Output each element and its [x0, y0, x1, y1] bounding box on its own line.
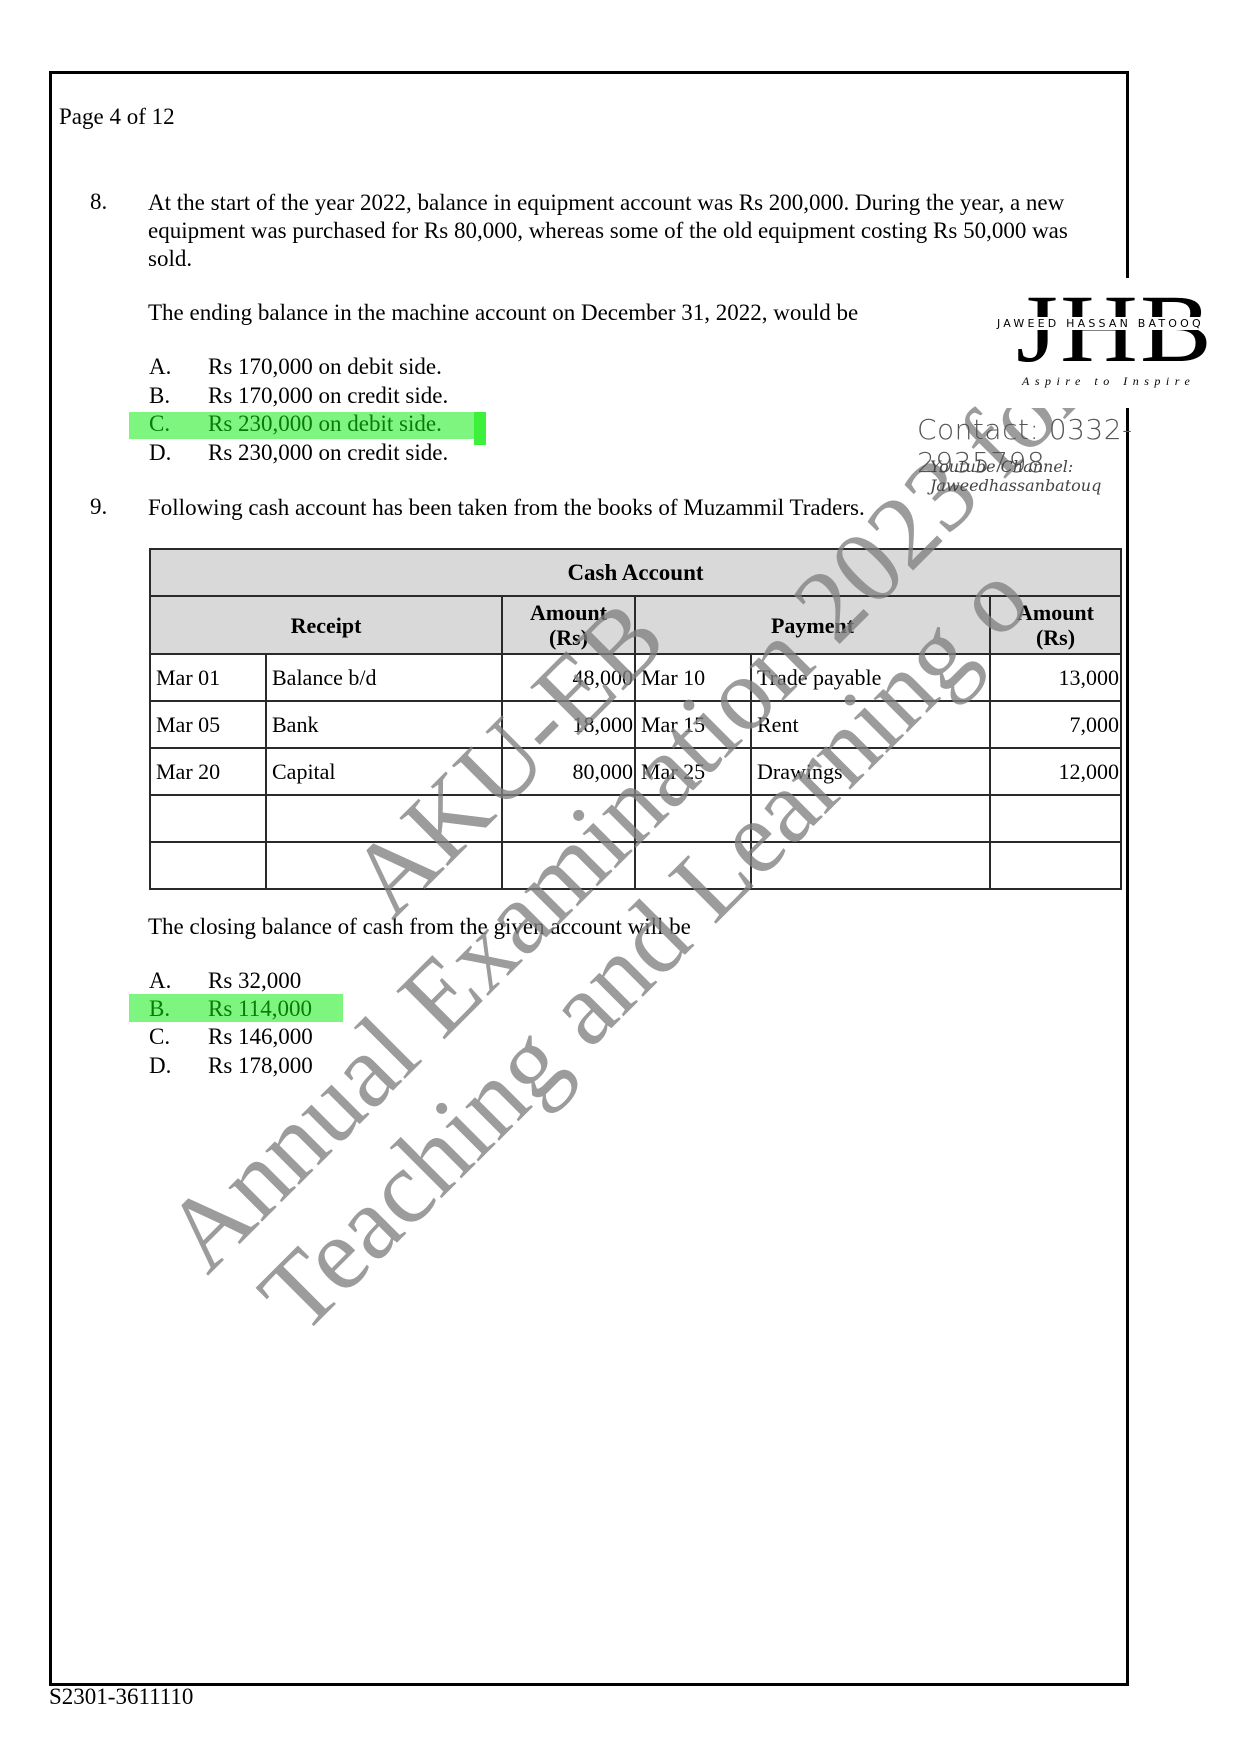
payment-amount: 12,000 [990, 748, 1121, 795]
payment-description: Rent [751, 701, 990, 748]
receipt-amount: 80,000 [502, 748, 635, 795]
question-stem: The closing balance of cash from the giv… [148, 913, 1108, 941]
option-a[interactable]: A.Rs 170,000 on debit side. [149, 353, 442, 381]
table-row: Mar 20 Capital 80,000 Mar 25 Drawings 12… [150, 748, 1121, 795]
payment-date: Mar 15 [635, 701, 751, 748]
option-text: Rs 170,000 on credit side. [208, 383, 448, 408]
receipt-date: Mar 20 [150, 748, 266, 795]
option-letter: A. [149, 967, 208, 995]
receipt-description: Balance b/d [266, 654, 502, 701]
question-stem: The ending balance in the machine accoun… [148, 299, 1108, 327]
payment-amount [990, 795, 1121, 842]
option-text: Rs 178,000 [208, 1053, 313, 1078]
question-text: At the start of the year 2022, balance i… [148, 189, 1108, 273]
receipt-description [266, 795, 502, 842]
option-d[interactable]: D.Rs 178,000 [149, 1052, 313, 1080]
table-row [150, 842, 1121, 889]
option-text: Rs 146,000 [208, 1024, 313, 1049]
option-c[interactable]: C.Rs 230,000 on debit side. [149, 410, 442, 438]
receipt-amount [502, 795, 635, 842]
header-payment-amount: Amount(Rs) [990, 596, 1121, 654]
receipt-description: Bank [266, 701, 502, 748]
payment-amount [990, 842, 1121, 889]
page-number: Page 4 of 12 [59, 104, 175, 130]
option-letter: C. [149, 1023, 208, 1051]
receipt-amount [502, 842, 635, 889]
option-letter: D. [149, 1052, 208, 1080]
payment-description: Drawings [751, 748, 990, 795]
table-row: Mar 05 Bank 18,000 Mar 15 Rent 7,000 [150, 701, 1121, 748]
header-receipt: Receipt [150, 596, 502, 654]
table-row [150, 795, 1121, 842]
option-text: Rs 114,000 [208, 996, 312, 1021]
youtube-channel: Youtube Channel: Jaweedhassanbatouq [930, 457, 1241, 495]
cash-account-table: Cash Account Receipt Amount(Rs) Payment … [149, 548, 1122, 890]
receipt-date [150, 795, 266, 842]
option-text: Rs 230,000 on credit side. [208, 440, 448, 465]
option-letter: B. [149, 382, 208, 410]
payment-description: Trade payable [751, 654, 990, 701]
receipt-amount: 18,000 [502, 701, 635, 748]
option-text: Rs 32,000 [208, 968, 301, 993]
payment-description [751, 795, 990, 842]
question-number: 9. [90, 494, 107, 520]
logo-tagline: Aspire to Inspire [1022, 374, 1195, 389]
receipt-date [150, 842, 266, 889]
option-letter: D. [149, 439, 208, 467]
header-receipt-amount: Amount(Rs) [502, 596, 635, 654]
receipt-date: Mar 01 [150, 654, 266, 701]
option-letter: B. [149, 995, 208, 1023]
logo-name: JAWEED HASSAN BATOOQ [994, 317, 1207, 330]
option-text: Rs 170,000 on debit side. [208, 354, 442, 379]
option-c[interactable]: C.Rs 146,000 [149, 1023, 313, 1051]
payment-date: Mar 25 [635, 748, 751, 795]
receipt-description [266, 842, 502, 889]
payment-date: Mar 10 [635, 654, 751, 701]
table-title: Cash Account [150, 549, 1121, 596]
table-row: Mar 01 Balance b/d 48,000 Mar 10 Trade p… [150, 654, 1121, 701]
payment-date [635, 795, 751, 842]
receipt-date: Mar 05 [150, 701, 266, 748]
payment-amount: 13,000 [990, 654, 1121, 701]
option-b[interactable]: B.Rs 170,000 on credit side. [149, 382, 448, 410]
receipt-amount: 48,000 [502, 654, 635, 701]
option-a[interactable]: A.Rs 32,000 [149, 967, 301, 995]
question-number: 8. [90, 189, 107, 215]
option-b[interactable]: B.Rs 114,000 [149, 995, 312, 1023]
question-text: Following cash account has been taken fr… [148, 494, 1108, 522]
option-text: Rs 230,000 on debit side. [208, 411, 442, 436]
payment-description [751, 842, 990, 889]
option-letter: C. [149, 410, 208, 438]
payment-amount: 7,000 [990, 701, 1121, 748]
header-payment: Payment [635, 596, 990, 654]
payment-date [635, 842, 751, 889]
option-d[interactable]: D.Rs 230,000 on credit side. [149, 439, 448, 467]
paper-code: S2301-3611110 [49, 1684, 193, 1710]
answer-highlight-edge [474, 412, 486, 445]
option-letter: A. [149, 353, 208, 381]
receipt-description: Capital [266, 748, 502, 795]
